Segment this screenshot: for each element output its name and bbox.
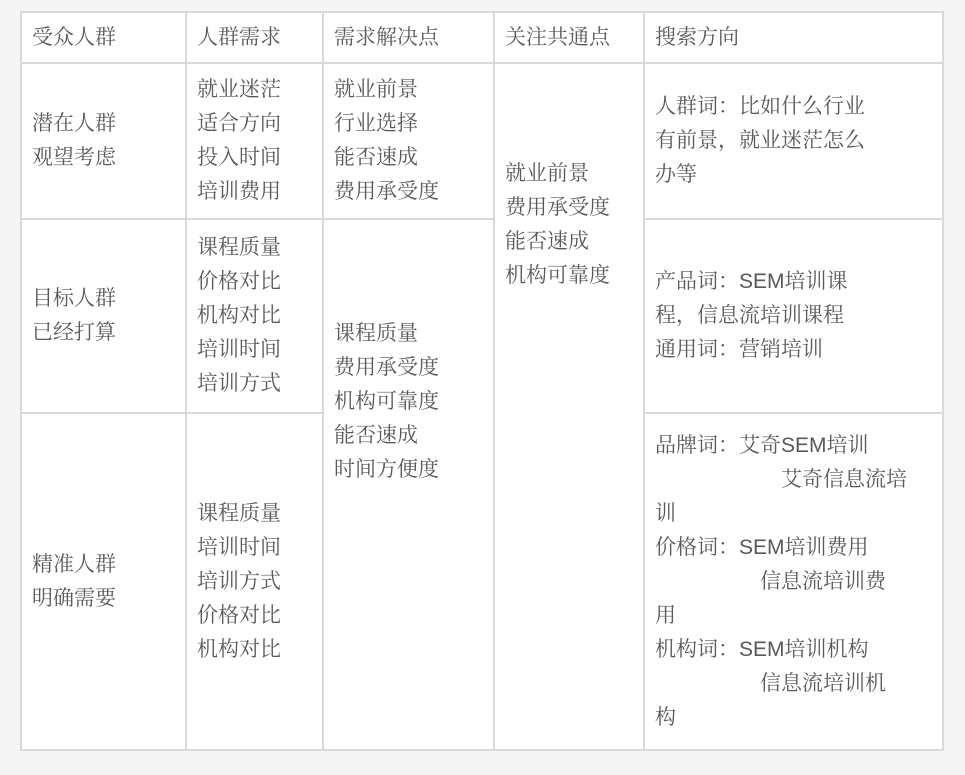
header-cell-search-direction: 搜索方向: [644, 12, 943, 63]
audience-analysis-table: 受众人群 人群需求 需求解决点 关注共通点 搜索方向 潜在人群 观望考虑 就业迷…: [20, 11, 944, 751]
cell-needs-potential: 就业迷茫 适合方向 投入时间 培训费用: [186, 63, 323, 219]
cell-search-potential: 人群词：比如什么行业 有前景，就业迷茫怎么 办等: [644, 63, 943, 219]
table-row-target-audience: 目标人群 已经打算 课程质量 价格对比 机构对比 培训时间 培训方式 课程质量 …: [21, 219, 943, 413]
header-cell-audience: 受众人群: [21, 12, 186, 63]
cell-search-precise: 品牌词：艾奇SEM培训 艾奇信息流培 训 价格词：SEM培训费用 信息流培训费 …: [644, 413, 943, 750]
table-row-potential-audience: 潜在人群 观望考虑 就业迷茫 适合方向 投入时间 培训费用 就业前景 行业选择 …: [21, 63, 943, 219]
header-cell-needs: 人群需求: [186, 12, 323, 63]
cell-audience-target: 目标人群 已经打算: [21, 219, 186, 413]
cell-needs-target: 课程质量 价格对比 机构对比 培训时间 培训方式: [186, 219, 323, 413]
cell-needs-precise: 课程质量 培训时间 培训方式 价格对比 机构对比: [186, 413, 323, 750]
cell-search-target: 产品词：SEM培训课 程，信息流培训课程 通用词：营销培训: [644, 219, 943, 413]
header-cell-common-focus: 关注共通点: [494, 12, 644, 63]
cell-solutions-potential: 就业前景 行业选择 能否速成 费用承受度: [323, 63, 494, 219]
cell-common-focus-merged: 就业前景 费用承受度 能否速成 机构可靠度: [494, 63, 644, 750]
header-cell-solutions: 需求解决点: [323, 12, 494, 63]
cell-solutions-merged: 课程质量 费用承受度 机构可靠度 能否速成 时间方便度: [323, 219, 494, 750]
cell-audience-precise: 精准人群 明确需要: [21, 413, 186, 750]
cell-audience-potential: 潜在人群 观望考虑: [21, 63, 186, 219]
header-row: 受众人群 人群需求 需求解决点 关注共通点 搜索方向: [21, 12, 943, 63]
